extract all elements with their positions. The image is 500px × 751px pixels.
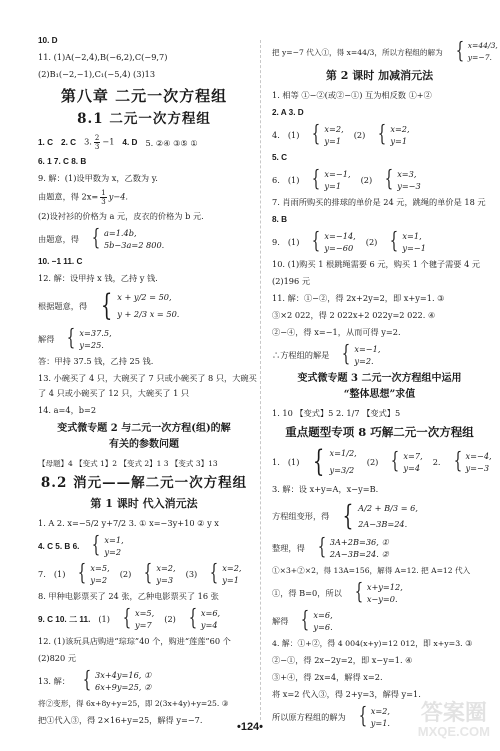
answer-line: 把 y=−7 代入①，得 x=44/3，所以方程组的解为 {x=44/3,y=−… bbox=[272, 40, 487, 64]
lesson-title: 第 1 课时 代入消元法 bbox=[38, 496, 250, 512]
equation-system: 解得 {x=6,y=6. bbox=[272, 609, 487, 633]
right-column: 把 y=−7 代入①，得 x=44/3，所以方程组的解为 {x=44/3,y=−… bbox=[272, 40, 487, 733]
equation-system: ①，得 B=0，所以 {x+y=12,x−y=0. bbox=[272, 581, 487, 605]
answer-line: 答：甲持 37.5 钱，乙持 25 钱. bbox=[38, 355, 250, 368]
topic-title: 变式微专题 3 二元一次方程组中运用 bbox=[272, 371, 487, 387]
equation-system: 13. 解： {3x+4y=16, ①6x+9y=25, ② bbox=[38, 669, 250, 693]
answer-line: 6. 1 7. C 8. B bbox=[38, 155, 250, 168]
section-title: 8.2 消元——解二元一次方程组 bbox=[38, 474, 250, 492]
equation-system: 解得 {x=37.5,y=25. bbox=[38, 327, 250, 351]
answer-line: 了 4 只或小碗买了 12 只，大碗买了 1 只 bbox=[38, 387, 250, 400]
equation-system: 方程组变形，得 {A/2 + B/3 = 6,2A−3B=24. bbox=[272, 500, 487, 532]
answer-line: 由题意，得 2x=13y−4. bbox=[38, 189, 250, 206]
watermark-logo: 答案圈 MXQE.COM bbox=[418, 701, 490, 739]
section-title: 8.1 二元一次方程组 bbox=[38, 110, 250, 128]
answer-line: 10. D bbox=[38, 34, 250, 47]
answer-line: (2)设衬衫的价格为 a 元，皮衣的价格为 b 元. bbox=[38, 210, 250, 223]
answer-line: 12. (1)该玩具店购进“琮琮”40 个，购进“莲莲”60 个 bbox=[38, 635, 250, 648]
column-divider bbox=[260, 40, 261, 720]
left-column: 10. D 11. (1)A(−2,4),B(−6,2),C(−9,7) (2)… bbox=[38, 34, 250, 731]
answer-line: 6. (1) {x=−1,y=1 (2) {x=3,y=−3 bbox=[272, 168, 487, 192]
topic-title: “整体思想”求值 bbox=[272, 387, 487, 403]
topic-title: 变式微专题 2 与二元一次方程(组)的解 bbox=[38, 421, 250, 437]
fraction: 23 bbox=[94, 134, 100, 151]
answer-line: 11. 解：①−②，得 2x+2y=2，即 x+y=1. ③ bbox=[272, 292, 487, 305]
topic-title: 有关的参数问题 bbox=[38, 437, 250, 453]
answer-line: 4. 解：①+②，得 4 004(x+y)=12 012，即 x+y=3. ③ bbox=[272, 637, 487, 650]
answer-line: 将②变形，得 6x+8y+y=25，即 2(3x+4y)+y=25. ③ bbox=[38, 697, 250, 710]
answer-line: 3. 解：设 x+y=A，x−y=B. bbox=[272, 483, 487, 496]
answer-line: (2)B₁(−2,−1),C₁(−5,4) (3)13 bbox=[38, 68, 250, 81]
answer-line: 7. (1) {x=5,y=2 (2) {x=2,y=3 (3) {x=2,y=… bbox=[38, 562, 250, 586]
answer-line: ③+④，得 2x=4，解得 x=2. bbox=[272, 671, 487, 684]
answer-line: ②−④，得 x=−1，从而可得 y=2. bbox=[272, 326, 487, 339]
answer-line: 4. (1) {x=2,y=1 (2) {x=2,y=1 bbox=[272, 123, 487, 147]
answer-line: 【母题】4 【变式 1】2 【变式 2】1 3 【变式 3】13 bbox=[38, 457, 250, 470]
answer-line: ②−①，得 2x−2y=2，即 x−y=1. ④ bbox=[272, 654, 487, 667]
answer-line: 11. (1)A(−2,4),B(−6,2),C(−9,7) bbox=[38, 51, 250, 64]
equation-system: 整理，得 {3A+2B=36, ①2A−3B=24. ② bbox=[272, 536, 487, 560]
answer-line: ①×3+②×2，得 13A=156，解得 A=12. 把 A=12 代入 bbox=[272, 564, 487, 577]
answer-line: 14. a=4，b=2 bbox=[38, 404, 250, 417]
fraction: 13 bbox=[100, 189, 106, 206]
answer-line: 7. 肖雨所购买的排球的单价是 24 元，跳绳的单价是 18 元 bbox=[272, 196, 487, 209]
answer-line: 1. 相等 ①−②(或②−①) 互为相反数 ①+② bbox=[272, 89, 487, 102]
answer-line: 9. C 10. 二 11. (1) {x=5,y=7 (2) {x=6,y=4 bbox=[38, 607, 250, 631]
equation-system: 根据题意，得 {x + y/2 = 50,y + 2/3 x = 50. bbox=[38, 289, 250, 323]
answer-line: 1. 10 【变式】5 2. 1/7 【变式】5 bbox=[272, 407, 487, 420]
equation-system: 由题意，得 {a=1.4b,5b−3a=2 800. bbox=[38, 227, 250, 251]
answer-line: ③×2 022，得 2 022x+2 022y=2 022. ④ bbox=[272, 309, 487, 322]
answer-line: 1. A 2. x=−5/2 y+7/2 3. ① x=−3y+10 ② y x bbox=[38, 517, 250, 530]
answer-line: 9. (1) {x=−14,y=−60 (2) {x=1,y=−1 bbox=[272, 230, 487, 254]
answer-line: 9. 解：(1)设甲数为 x，乙数为 y. bbox=[38, 172, 250, 185]
answer-line: 1. (1) {x=1/2,y=3/2 (2) {x=7,y=4 2. {x=−… bbox=[272, 445, 487, 479]
topic-title: 重点题型专项 8 巧解二元一次方程组 bbox=[272, 424, 487, 440]
answer-line: 4. C 5. B 6. {x=1,y=2 bbox=[38, 534, 250, 558]
answer-line: 2. A 3. D bbox=[272, 106, 487, 119]
chapter-title: 第八章 二元一次方程组 bbox=[38, 86, 250, 106]
answer-line: 10. −1 11. C bbox=[38, 255, 250, 268]
answer-line: 12. 解：设甲持 x 钱，乙持 y 钱. bbox=[38, 272, 250, 285]
answer-line: 10. (1)购买 1 根跳绳需要 6 元，购买 1 个毽子需要 4 元 bbox=[272, 258, 487, 271]
answer-line: 1. C 2. C 3.23−1 4. D 5. ②④ ③⑤ ① bbox=[38, 134, 250, 151]
answer-line: (2)196 元 bbox=[272, 275, 487, 288]
answer-line: 5. C bbox=[272, 151, 487, 164]
lesson-title: 第 2 课时 加减消元法 bbox=[272, 68, 487, 84]
equation-system: ∴方程组的解是 {x=−1,y=2. bbox=[272, 343, 487, 367]
answer-line: (2)820 元 bbox=[38, 652, 250, 665]
answer-line: 13. 小碗买了 4 只，大碗买了 7 只或小碗买了 8 只，大碗买 bbox=[38, 372, 250, 385]
answer-line: 8. B bbox=[272, 213, 487, 226]
answer-key-page: 10. D 11. (1)A(−2,4),B(−6,2),C(−9,7) (2)… bbox=[0, 0, 500, 751]
answer-line: 8. 甲种电影票买了 24 张，乙种电影票买了 16 张 bbox=[38, 590, 250, 603]
